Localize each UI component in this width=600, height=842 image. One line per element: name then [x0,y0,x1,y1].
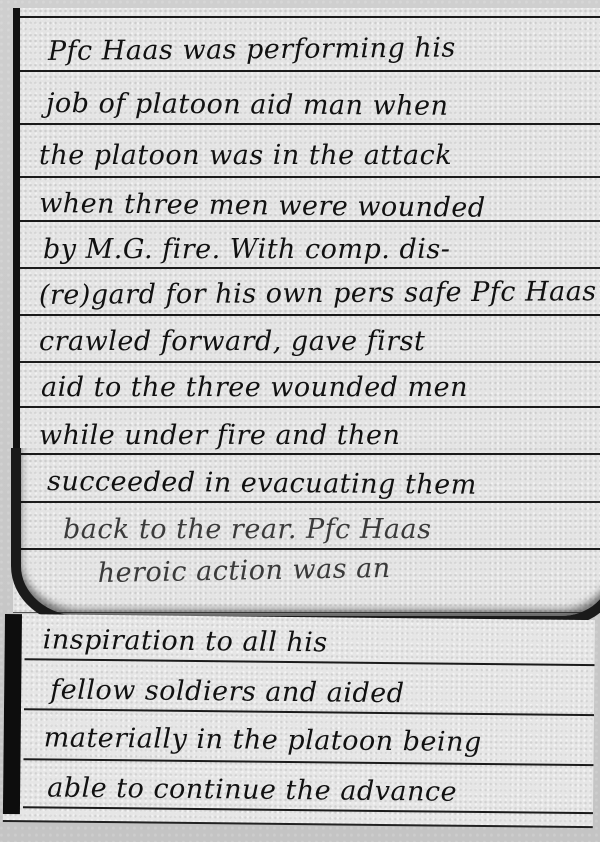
ruled-line [20,123,600,125]
upper-note-page: Pfc Haas was performing his job of plato… [13,8,600,613]
ruled-line [20,548,600,550]
handwritten-line: Pfc Haas was performing his [48,32,456,67]
ruled-line [23,758,593,766]
ruled-line [25,658,595,666]
ruled-line [23,806,593,814]
handwritten-line: inspiration to all his [43,624,328,658]
ruled-line [20,16,600,18]
handwritten-line: the platoon was in the attack [39,140,452,171]
ruled-line [20,314,600,316]
ruled-line [20,501,600,503]
handwritten-line: succeeded in evacuating them [47,466,477,501]
ruled-line [20,70,600,72]
handwritten-line: fellow soldiers and aided [50,674,405,709]
ruled-line [20,361,600,363]
ruled-line [20,453,600,455]
left-binding-edge [3,614,22,814]
handwritten-line: aid to the three wounded men [41,372,468,403]
handwritten-line: by M.G. fire. With comp. dis- [43,234,450,265]
handwritten-line: when three men were wounded [39,188,486,224]
ruled-line [24,708,594,716]
ruled-line [20,406,600,408]
left-binding-edge [13,8,20,548]
handwritten-line: while under fire and then [39,420,400,451]
handwritten-line: (re)gard for his own pers safe Pfc Haas [39,276,597,311]
handwritten-line: able to continue the advance [47,772,457,807]
handwritten-line: job of platoon aid man when [46,88,449,122]
handwritten-line: heroic action was an [97,553,390,589]
lower-note-page: inspiration to all his fellow soldiers a… [3,614,595,828]
handwritten-line: materially in the platoon being [44,722,482,758]
ruled-line [20,267,600,269]
handwritten-line: back to the rear. Pfc Haas [63,514,431,545]
handwritten-line: crawled forward, gave first [39,326,425,357]
ruled-line [20,176,600,178]
